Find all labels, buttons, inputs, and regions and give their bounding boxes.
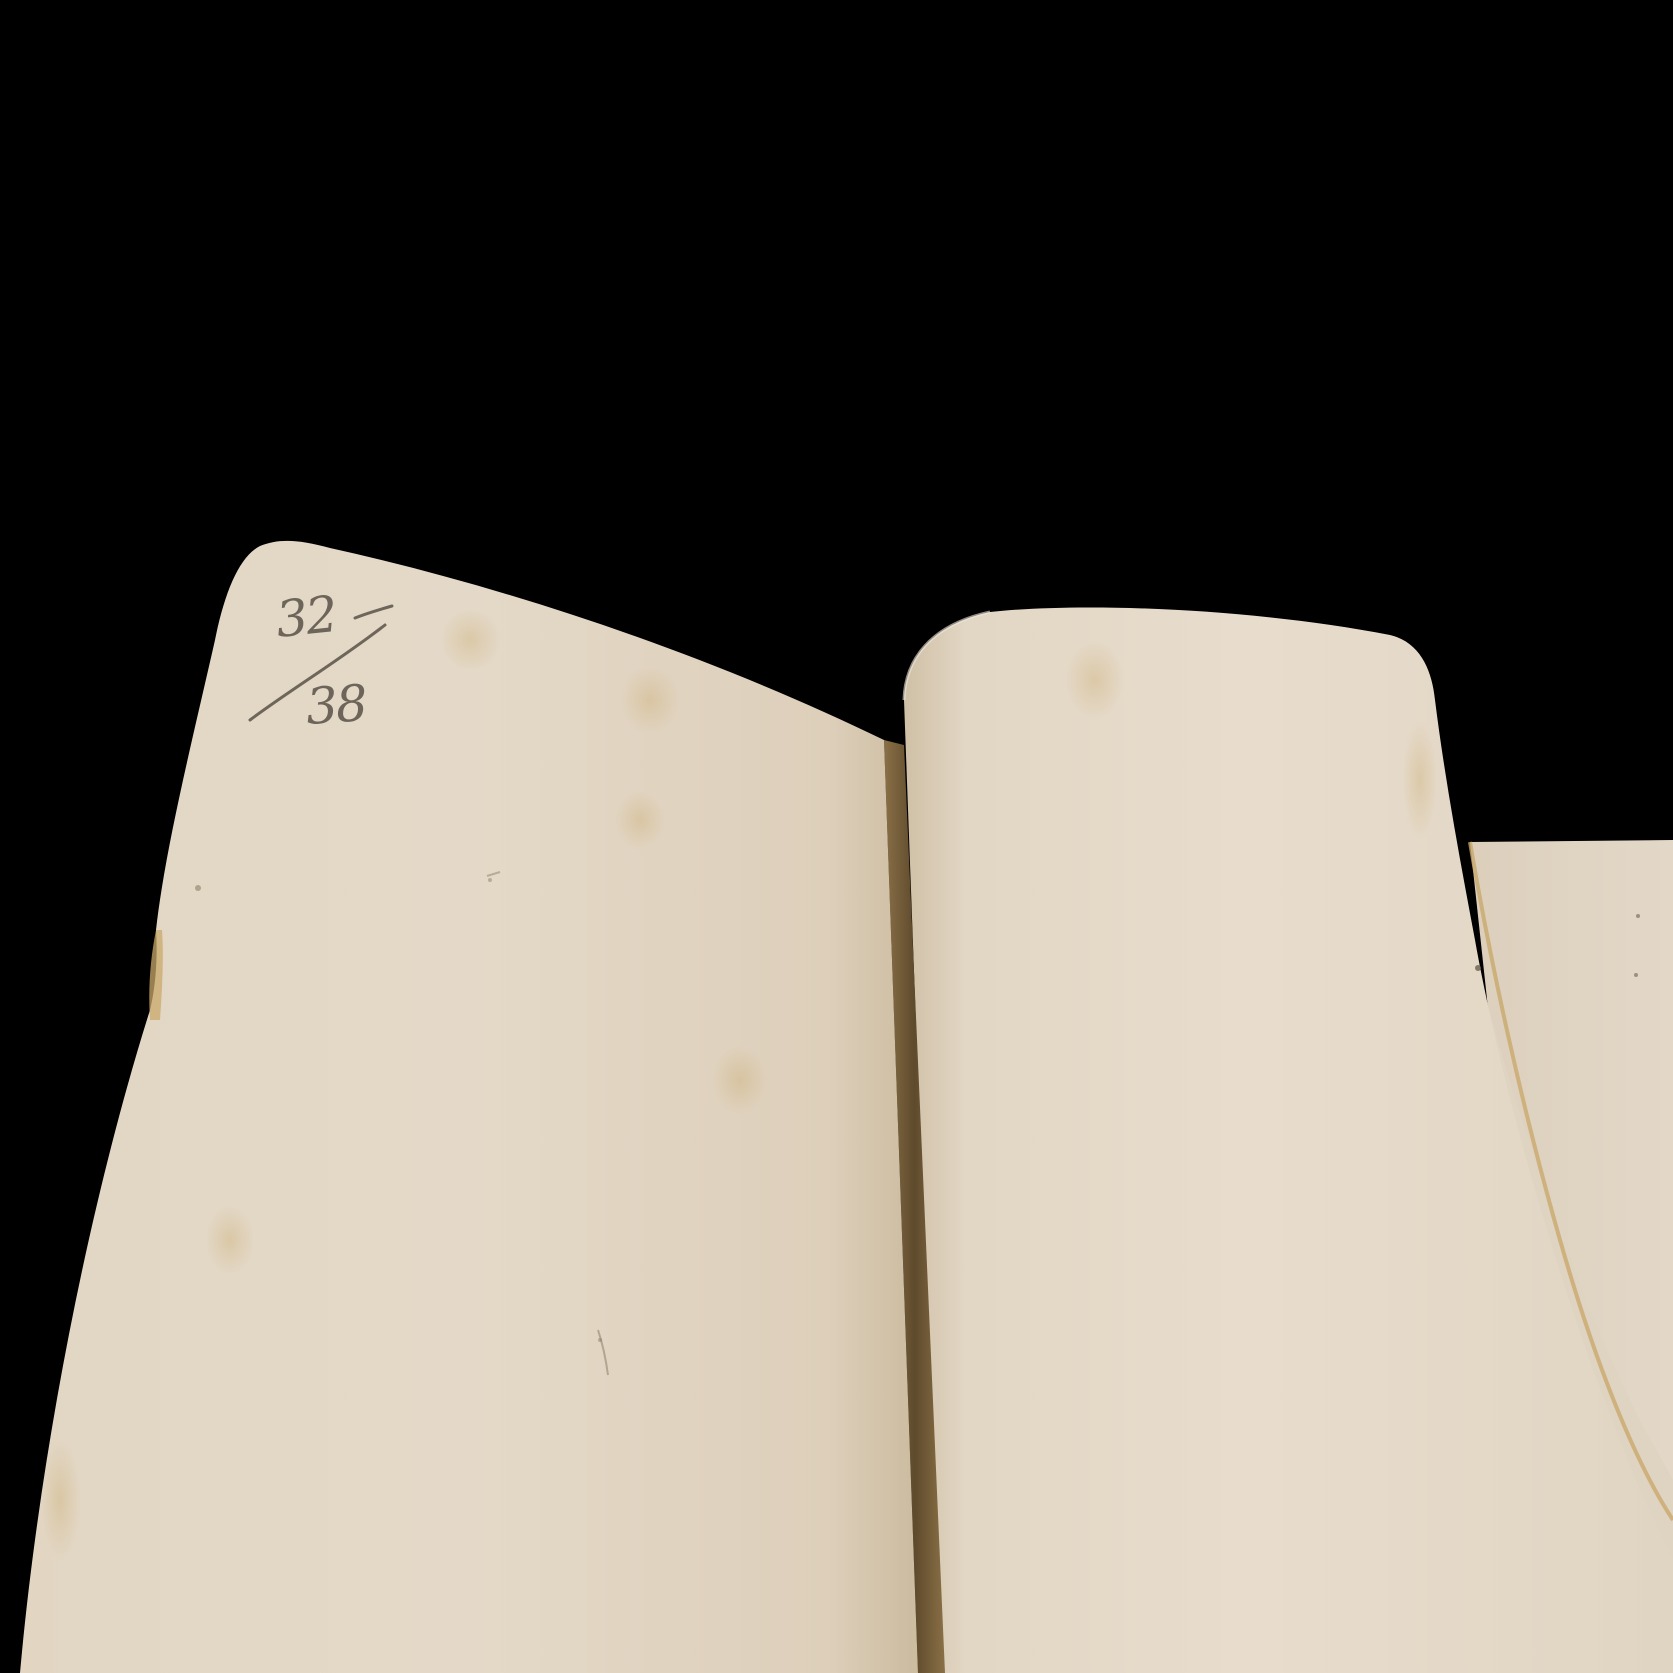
book-illustration: [0, 0, 1673, 1673]
book-photo: 32 38: [0, 0, 1673, 1673]
left-page: [20, 541, 918, 1673]
